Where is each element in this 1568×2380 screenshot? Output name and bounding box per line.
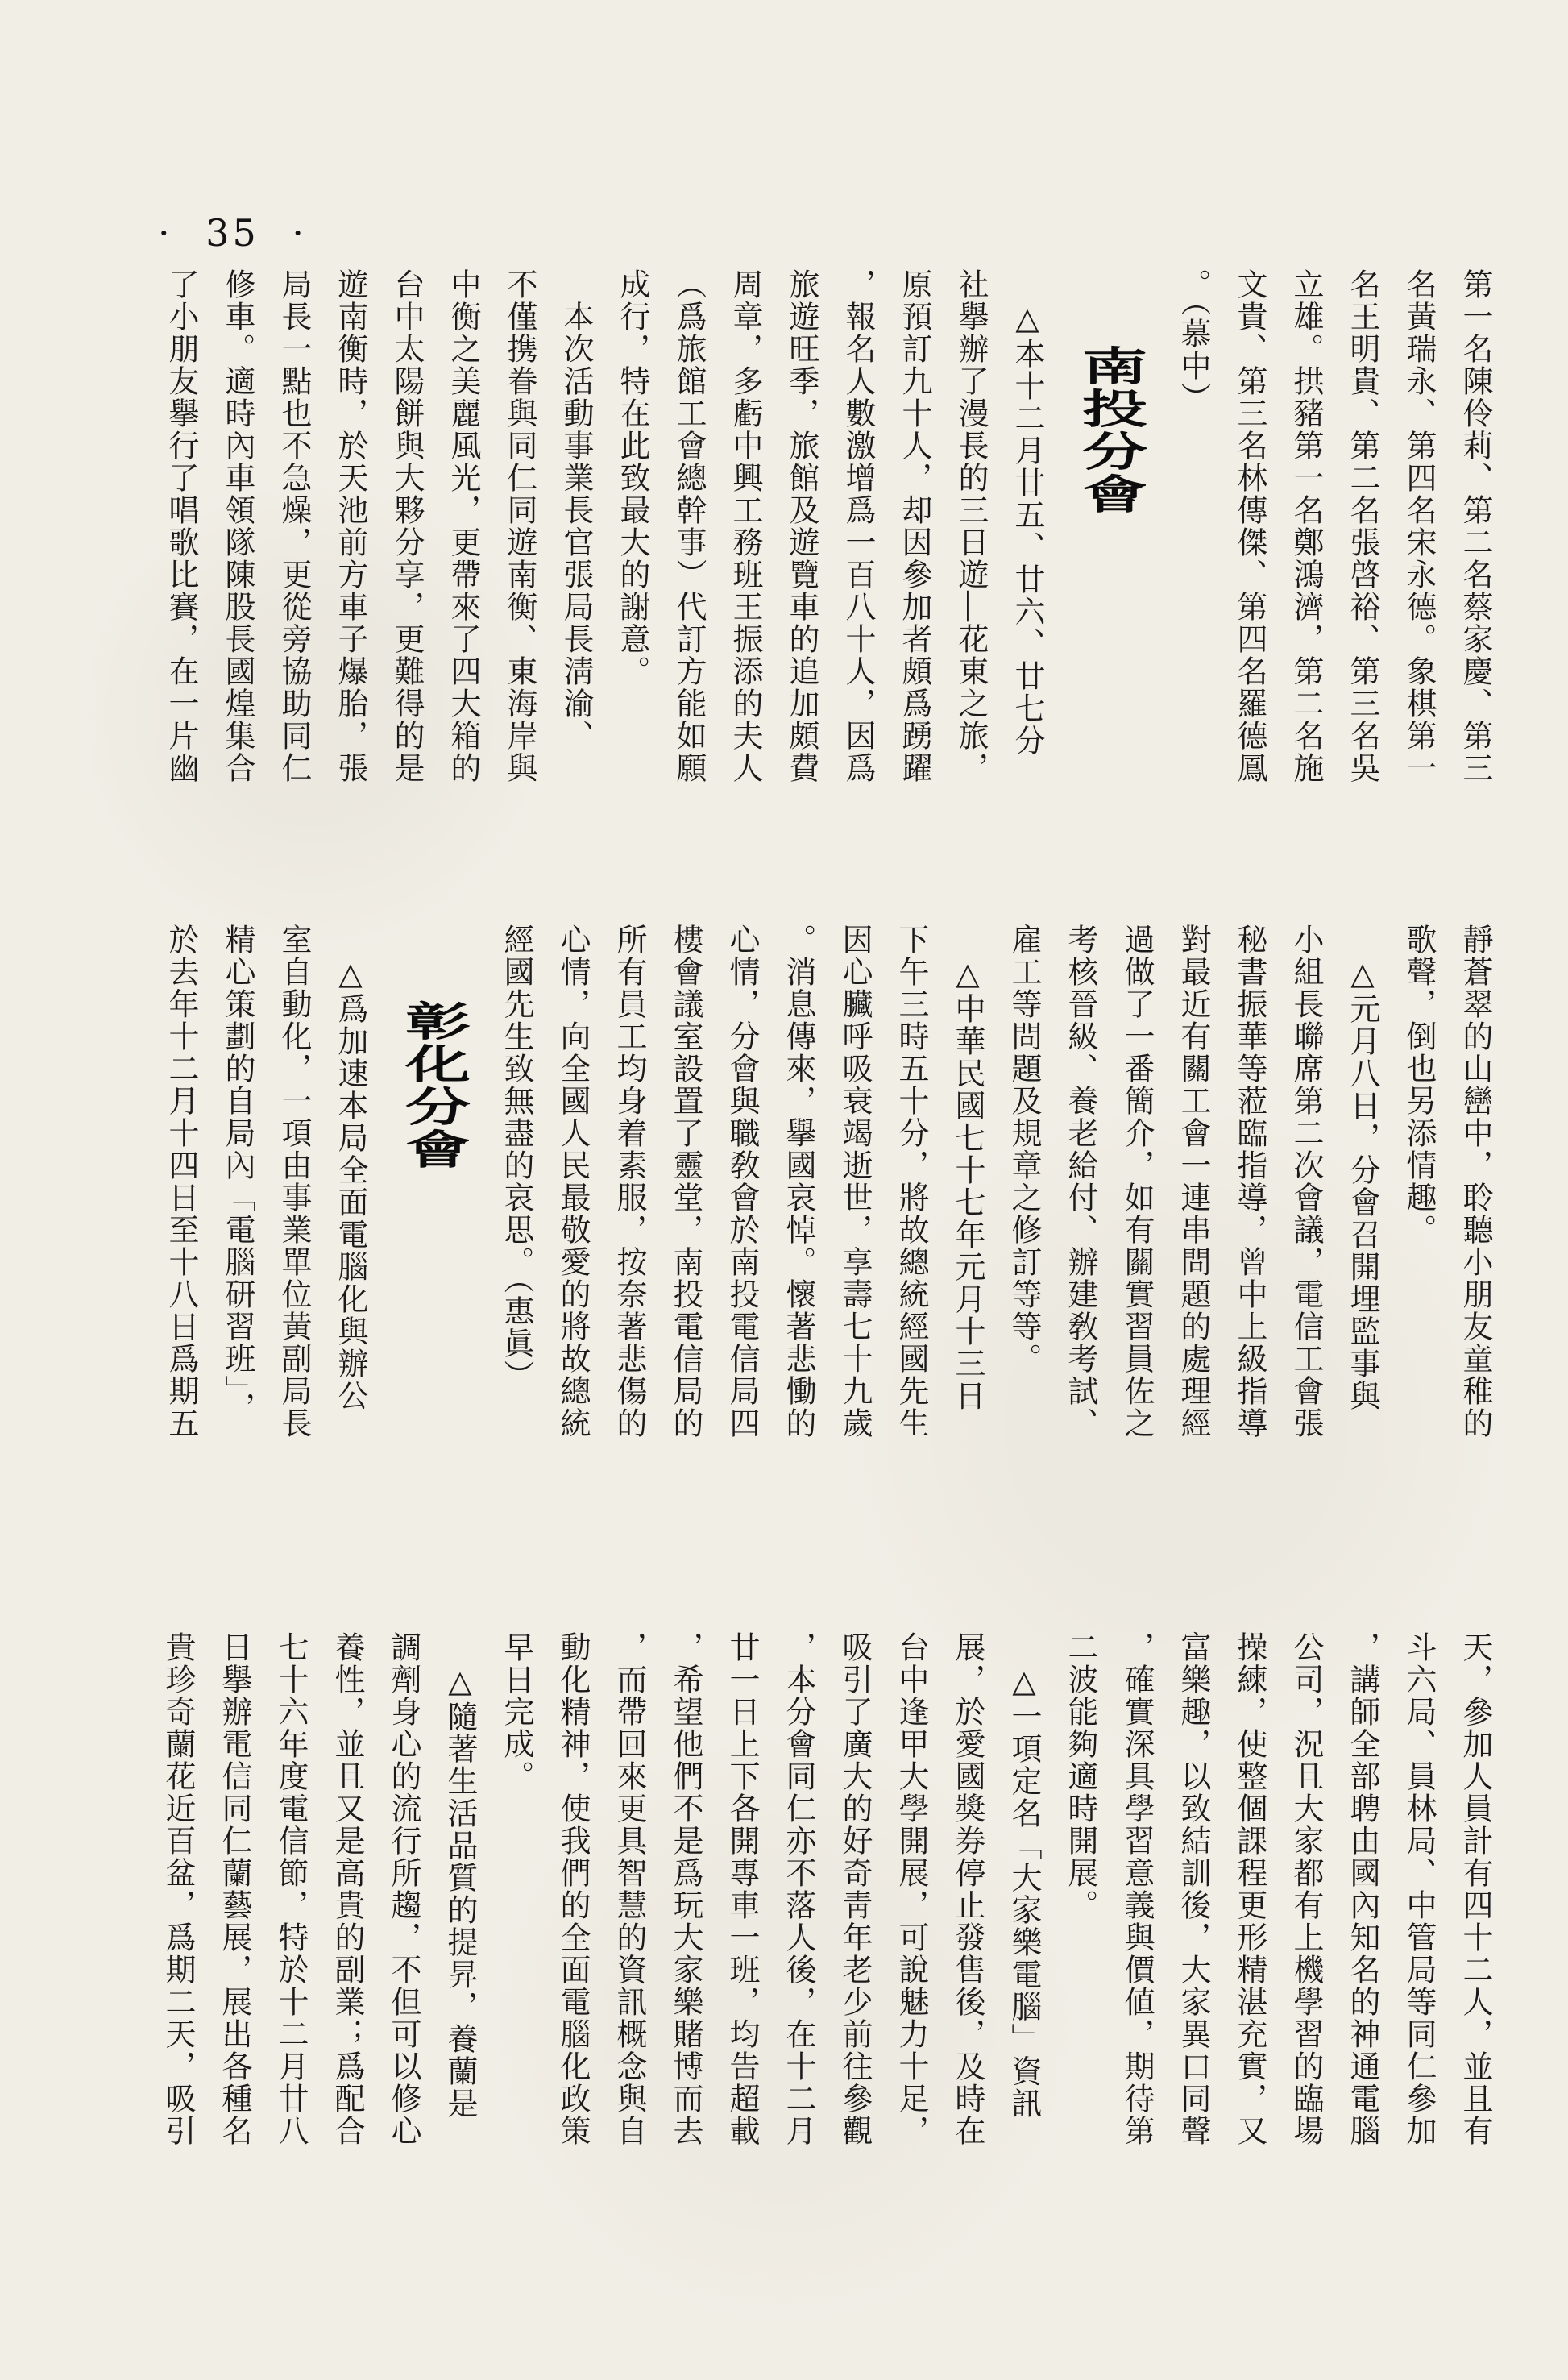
section-header-nantou-branch: 南投分會 bbox=[1021, 268, 1198, 807]
middle-text-band: 靜蒼翠的山巒中，聆聽小朋友童稚的 歌聲，倒也另添情趣。 △元月八日，分會召開埋監… bbox=[147, 924, 1503, 1462]
text-column: △隨著生活品質的提昇，養蘭是 bbox=[431, 1631, 487, 2170]
text-column: 秘書振華等蒞臨指導，曾中上級指導 bbox=[1221, 924, 1277, 1462]
text-column: ，確實深具學習意義與價値，期待第 bbox=[1108, 1631, 1164, 2170]
text-column: 日擧辦電信同仁蘭藝展，展出各種名 bbox=[205, 1631, 262, 2170]
text-column: 名黃瑞永、第四名宋永德。象棋第一 bbox=[1390, 268, 1446, 807]
section-header-changhua-branch: 彰化分會 bbox=[344, 924, 521, 1462]
text-column: 成行，特在此致最大的謝意。 bbox=[604, 268, 660, 807]
text-column: 樓會議室設置了靈堂，南投電信局的 bbox=[657, 924, 713, 1462]
text-column: 二波能夠適時開展。 bbox=[1052, 1631, 1108, 2170]
text-column: 心情，分會與職敎會於南投電信局四 bbox=[713, 924, 769, 1462]
text-column: 調劑身心的流行所趨，不但可以修心 bbox=[375, 1631, 431, 2170]
text-column: 台中逢甲大學開展，可說魅力十足， bbox=[882, 1631, 939, 2170]
text-column: 台中太陽餅與大夥分享，更難得的是 bbox=[378, 268, 434, 807]
text-column: 不僅携眷與同仁同遊南衡、東海岸與 bbox=[491, 268, 547, 807]
text-column: 名王明貴、第二名張啓裕、第三名吳 bbox=[1334, 268, 1390, 807]
text-column: ，本分會同仁亦不落人後，在十二月 bbox=[769, 1631, 826, 2170]
text-column: 吸引了廣大的好奇靑年老少前往參觀 bbox=[826, 1631, 882, 2170]
text-column: 小組長聯席第二次會議，電信工會張 bbox=[1277, 924, 1334, 1462]
text-column: △元月八日，分會召開埋監事與 bbox=[1334, 924, 1390, 1462]
text-column: 雇工等問題及規章之修訂等等。 bbox=[995, 924, 1052, 1462]
text-column: 考核晉級、養老給付、辦建敎考試、 bbox=[1052, 924, 1108, 1462]
top-text-band: 第一名陳伶莉、第二名蔡家慶、第三 名黃瑞永、第四名宋永德。象棋第一 名王明貴、第… bbox=[147, 268, 1503, 807]
text-column: 旅遊旺季，旅館及遊覽車的追加頗費 bbox=[773, 268, 829, 807]
text-column: 斗六局、員林局、中管局等同仁參加 bbox=[1390, 1631, 1446, 2170]
text-column: 過做了一番簡介，如有關實習員佐之 bbox=[1108, 924, 1164, 1462]
text-column: 室自動化，一項由事業單位黃副局長 bbox=[265, 924, 321, 1462]
text-column: 文貴、第三名林傳傑、第四名羅德鳳 bbox=[1221, 268, 1277, 807]
text-column: 局長一點也不急燥，更從旁協助同仁 bbox=[265, 268, 321, 807]
text-column: 精心策劃的自局內「電腦研習班」， bbox=[209, 924, 265, 1462]
scanned-newsletter-page: { "page": { "number_display": "· 35 ·" }… bbox=[0, 0, 1568, 2380]
page-number: · 35 · bbox=[158, 211, 307, 255]
text-column: 展，於愛國獎券停止發售後，及時在 bbox=[939, 1631, 995, 2170]
text-column: 養性，並且又是高貴的副業；爲配合 bbox=[318, 1631, 375, 2170]
text-column: 了小朋友擧行了唱歌比賽，在一片幽 bbox=[152, 268, 209, 807]
bottom-text-band: 天，參加人員計有四十二人，並且有 斗六局、員林局、中管局等同仁參加 ，講師全部聘… bbox=[147, 1631, 1503, 2170]
text-column: 動化精神，使我們的全面電腦化政策 bbox=[544, 1631, 600, 2170]
text-column: 下午三時五十分，將故總統經國先生 bbox=[882, 924, 939, 1462]
text-column: 心情，向全國人民最敬愛的將故總統 bbox=[544, 924, 600, 1462]
text-column: ，講師全部聘由國內知名的神通電腦 bbox=[1334, 1631, 1390, 2170]
text-column: 社擧辦了漫長的三日遊—花東之旅， bbox=[942, 268, 998, 807]
text-column: 周章，多虧中興工務班王振添的夫人 bbox=[716, 268, 773, 807]
text-column: △一項定名「大家樂電腦」資訊 bbox=[995, 1631, 1052, 2170]
text-column: 本次活動事業長官張局長淸渝、 bbox=[547, 268, 604, 807]
text-column: 第一名陳伶莉、第二名蔡家慶、第三 bbox=[1446, 268, 1503, 807]
text-column: 立雄。拱豬第一名鄭鴻濟，第二名施 bbox=[1277, 268, 1334, 807]
text-column: ，希望他們不是爲玩大家樂賭博而去 bbox=[657, 1631, 713, 2170]
text-column: 廿一日上下各開專車一班，均告超載 bbox=[713, 1631, 769, 2170]
text-column: 修車。適時內車領隊陳股長國煌集合 bbox=[209, 268, 265, 807]
text-column: 富樂趣，以致結訓後，大家異口同聲 bbox=[1164, 1631, 1221, 2170]
text-column: 所有員工均身着素服，按奈著悲傷的 bbox=[600, 924, 657, 1462]
text-column: 遊南衡時，於天池前方車子爆胎，張 bbox=[321, 268, 378, 807]
text-column: 對最近有關工會一連串問題的處理經 bbox=[1164, 924, 1221, 1462]
text-column: ，報名人數激增爲一百八十人，因爲 bbox=[829, 268, 886, 807]
text-column: 公司，況且大家都有上機學習的臨場 bbox=[1277, 1631, 1334, 2170]
text-column: ，而帶回來更具智慧的資訊概念與自 bbox=[600, 1631, 657, 2170]
text-column: △中華民國七十七年元月十三日 bbox=[939, 924, 995, 1462]
text-column: 。消息傳來，擧國哀悼。懷著悲慟的 bbox=[769, 924, 826, 1462]
text-column: 因心臟呼吸衰竭逝世，享壽七十九歲 bbox=[826, 924, 882, 1462]
text-column: 靜蒼翠的山巒中，聆聽小朋友童稚的 bbox=[1446, 924, 1503, 1462]
text-column: 七十六年度電信節，特於十二月廿八 bbox=[262, 1631, 318, 2170]
text-column: 歌聲，倒也另添情趣。 bbox=[1390, 924, 1446, 1462]
text-column: 中衡之美麗風光，更帶來了四大箱的 bbox=[434, 268, 491, 807]
text-column: 操練，使整個課程更形精湛充實，又 bbox=[1221, 1631, 1277, 2170]
text-column: 早日完成。 bbox=[487, 1631, 544, 2170]
text-column: 天，參加人員計有四十二人，並且有 bbox=[1446, 1631, 1503, 2170]
text-column: 原預訂九十人，却因參加者頗爲踴躍 bbox=[886, 268, 942, 807]
text-column: （爲旅館工會總幹事）代訂方能如願 bbox=[660, 268, 716, 807]
text-column: 於去年十二月十四日至十八日爲期五 bbox=[152, 924, 209, 1462]
text-column: 貴珍奇蘭花近百盆，爲期二天，吸引 bbox=[149, 1631, 205, 2170]
